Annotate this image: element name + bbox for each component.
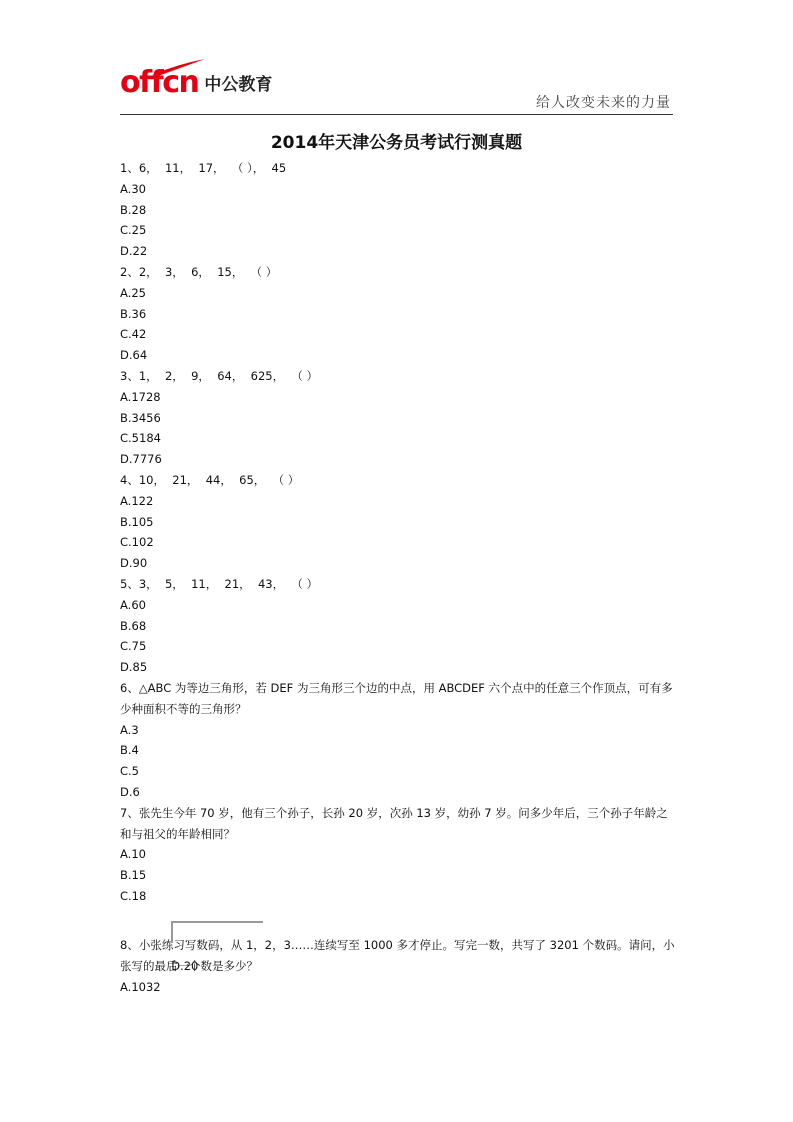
option: A.60 [120,595,676,616]
logo-wordmark: offcn [120,68,198,98]
option: B.28 [120,200,676,221]
option: A.1032 [120,977,676,998]
option: A.10 [120,844,676,865]
option: B.4 [120,740,676,761]
logo-swoosh-icon [150,58,206,76]
question-stem: 4、10， 21， 44， 65， （ ） [120,470,676,491]
option: A.3 [120,720,676,741]
header-divider [120,114,673,115]
document-page: offcn 中公教育 给人改变未来的力量 2014年天津公务员考试行测真题 1、… [0,0,793,1122]
spacer [120,907,676,915]
option: C.25 [120,220,676,241]
option: B.68 [120,616,676,637]
option: D.85 [120,657,676,678]
document-title: 2014年天津公务员考试行测真题 [0,128,793,153]
question-stem: 5、3， 5， 11， 21， 43， （ ） [120,574,676,595]
option: C.18 [120,886,676,907]
question-stem: 1、6， 11， 17， （ ）， 45 [120,158,676,179]
option: A.25 [120,283,676,304]
option-with-frame: D.20 [142,935,198,1018]
option: D.22 [120,241,676,262]
header-slogan: 给人改变未来的力量 [536,92,671,112]
question-stem: 6、△ABC 为等边三角形，若 DEF 为三角形三个边的中点，用 ABCDEF … [120,678,676,720]
option: C.5 [120,761,676,782]
option: B.36 [120,304,676,325]
logo-chinese-name: 中公教育 [204,72,272,98]
option: B.3456 [120,408,676,429]
option: D.20 [171,959,198,973]
option: D.64 [120,345,676,366]
option: C.75 [120,636,676,657]
question-stem: 2、2， 3， 6， 15， （ ） [120,262,676,283]
option: C.5184 [120,428,676,449]
option: A.30 [120,179,676,200]
option: B.15 [120,865,676,886]
question-stem: 3、1， 2， 9， 64， 625， （ ） [120,366,676,387]
option: D.90 [120,553,676,574]
question-stem: 7、张先生今年 70 岁，他有三个孙子，长孙 20 岁，次孙 13 岁，幼孙 7… [120,803,676,845]
question-list: 1、6， 11， 17， （ ）， 45 A.30 B.28 C.25 D.22… [120,158,676,998]
option: D.6 [120,782,676,803]
empty-frame-box [171,921,263,943]
option: D.7776 [120,449,676,470]
option: A.1728 [120,387,676,408]
option: A.122 [120,491,676,512]
option: C.102 [120,532,676,553]
offcn-logo: offcn 中公教育 [120,62,272,98]
option: C.42 [120,324,676,345]
option: B.105 [120,512,676,533]
option-row: D.20 [120,915,676,936]
